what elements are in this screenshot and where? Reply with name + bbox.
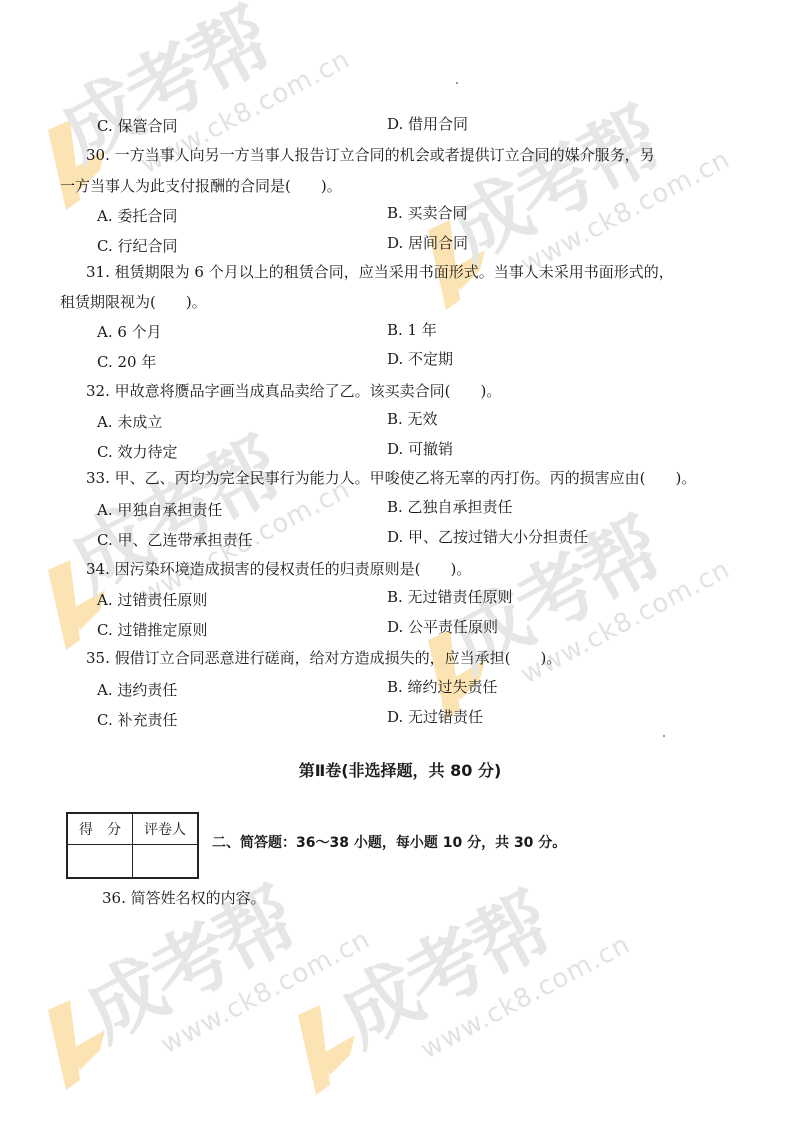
question-35-option-b: B. 缔约过失责任 (387, 677, 498, 697)
question-30-option-a: A. 委托合同 (97, 206, 177, 226)
question-33-option-d: D. 甲、乙按过错大小分担责任 (387, 527, 588, 547)
question-34-option-d: D. 公平责任原则 (387, 617, 498, 637)
grader-header: 评卷人 (133, 813, 199, 845)
question-32-line-1: 32. 甲故意将赝品字画当成真品卖给了乙。该买卖合同( )。 (86, 381, 501, 401)
grader-cell[interactable] (133, 845, 199, 879)
question-32-option-d: D. 可撤销 (387, 439, 453, 459)
scan-speck (663, 735, 665, 737)
score-table: 得 分 评卷人 (66, 812, 199, 879)
brand-logo-icon (40, 990, 110, 1110)
question-36: 36. 简答姓名权的内容。 (102, 888, 266, 908)
question-31-option-c: C. 20 年 (97, 352, 156, 372)
question-31-option-a: A. 6 个月 (97, 322, 162, 342)
question-30-option-d: D. 居间合同 (387, 233, 468, 253)
option-c-prev: C. 保管合同 (97, 116, 177, 136)
question-35-option-d: D. 无过错责任 (387, 707, 483, 727)
part-2-title: 第Ⅱ卷(非选择题，共 80 分) (0, 758, 800, 781)
question-34-option-c: C. 过错推定原则 (97, 620, 207, 640)
question-32-option-c: C. 效力待定 (97, 442, 177, 462)
question-31-option-b: B. 1 年 (387, 320, 437, 340)
question-34-option-b: B. 无过错责任原则 (387, 587, 513, 607)
question-34-line-1: 34. 因污染环境造成损害的侵权责任的归责原则是( )。 (86, 559, 471, 579)
question-32-option-a: A. 未成立 (97, 412, 162, 432)
watermark-url: www.ck8.com.cn (516, 554, 735, 690)
score-cell[interactable] (67, 845, 133, 879)
question-33-option-b: B. 乙独自承担责任 (387, 497, 513, 517)
question-30-line-2: 一方当事人为此支付报酬的合同是( )。 (60, 176, 342, 196)
question-35-option-a: A. 违约责任 (97, 680, 177, 700)
score-header: 得 分 (67, 813, 133, 845)
question-33-option-a: A. 甲独自承担责任 (97, 500, 222, 520)
option-d-prev: D. 借用合同 (387, 114, 468, 134)
question-32-option-b: B. 无效 (387, 409, 438, 429)
question-30-option-b: B. 买卖合同 (387, 203, 468, 223)
section-2-heading: 二、简答题：36～38 小题，每小题 10 分，共 30 分。 (212, 832, 566, 852)
watermark-url: www.ck8.com.cn (416, 929, 635, 1065)
question-35-option-c: C. 补充责任 (97, 710, 177, 730)
question-33-option-c: C. 甲、乙连带承担责任 (97, 530, 252, 550)
question-31-line-2: 租赁期限视为( )。 (60, 292, 207, 312)
question-31-line-1: 31. 租赁期限为 6 个月以上的租赁合同，应当采用书面形式。当事人未采用书面形… (86, 262, 674, 282)
question-35-line-1: 35. 假借订立合同恶意进行磋商，给对方造成损失的，应当承担( )。 (86, 648, 561, 668)
question-34-option-a: A. 过错责任原则 (97, 590, 207, 610)
question-30-option-c: C. 行纪合同 (97, 236, 177, 256)
brand-logo-icon (290, 995, 360, 1115)
watermark-url: www.ck8.com.cn (156, 924, 375, 1060)
question-33-line-1: 33. 甲、乙、丙均为完全民事行为能力人。甲唆使乙将无辜的丙打伤。丙的损害应由(… (86, 468, 696, 488)
watermark-brand: 成考帮 (317, 864, 566, 1067)
question-31-option-d: D. 不定期 (387, 349, 453, 369)
scan-speck (456, 82, 458, 84)
question-30-line-1: 30. 一方当事人向另一方当事人报告订立合同的机会或者提供订立合同的媒介服务，另 (86, 145, 655, 165)
